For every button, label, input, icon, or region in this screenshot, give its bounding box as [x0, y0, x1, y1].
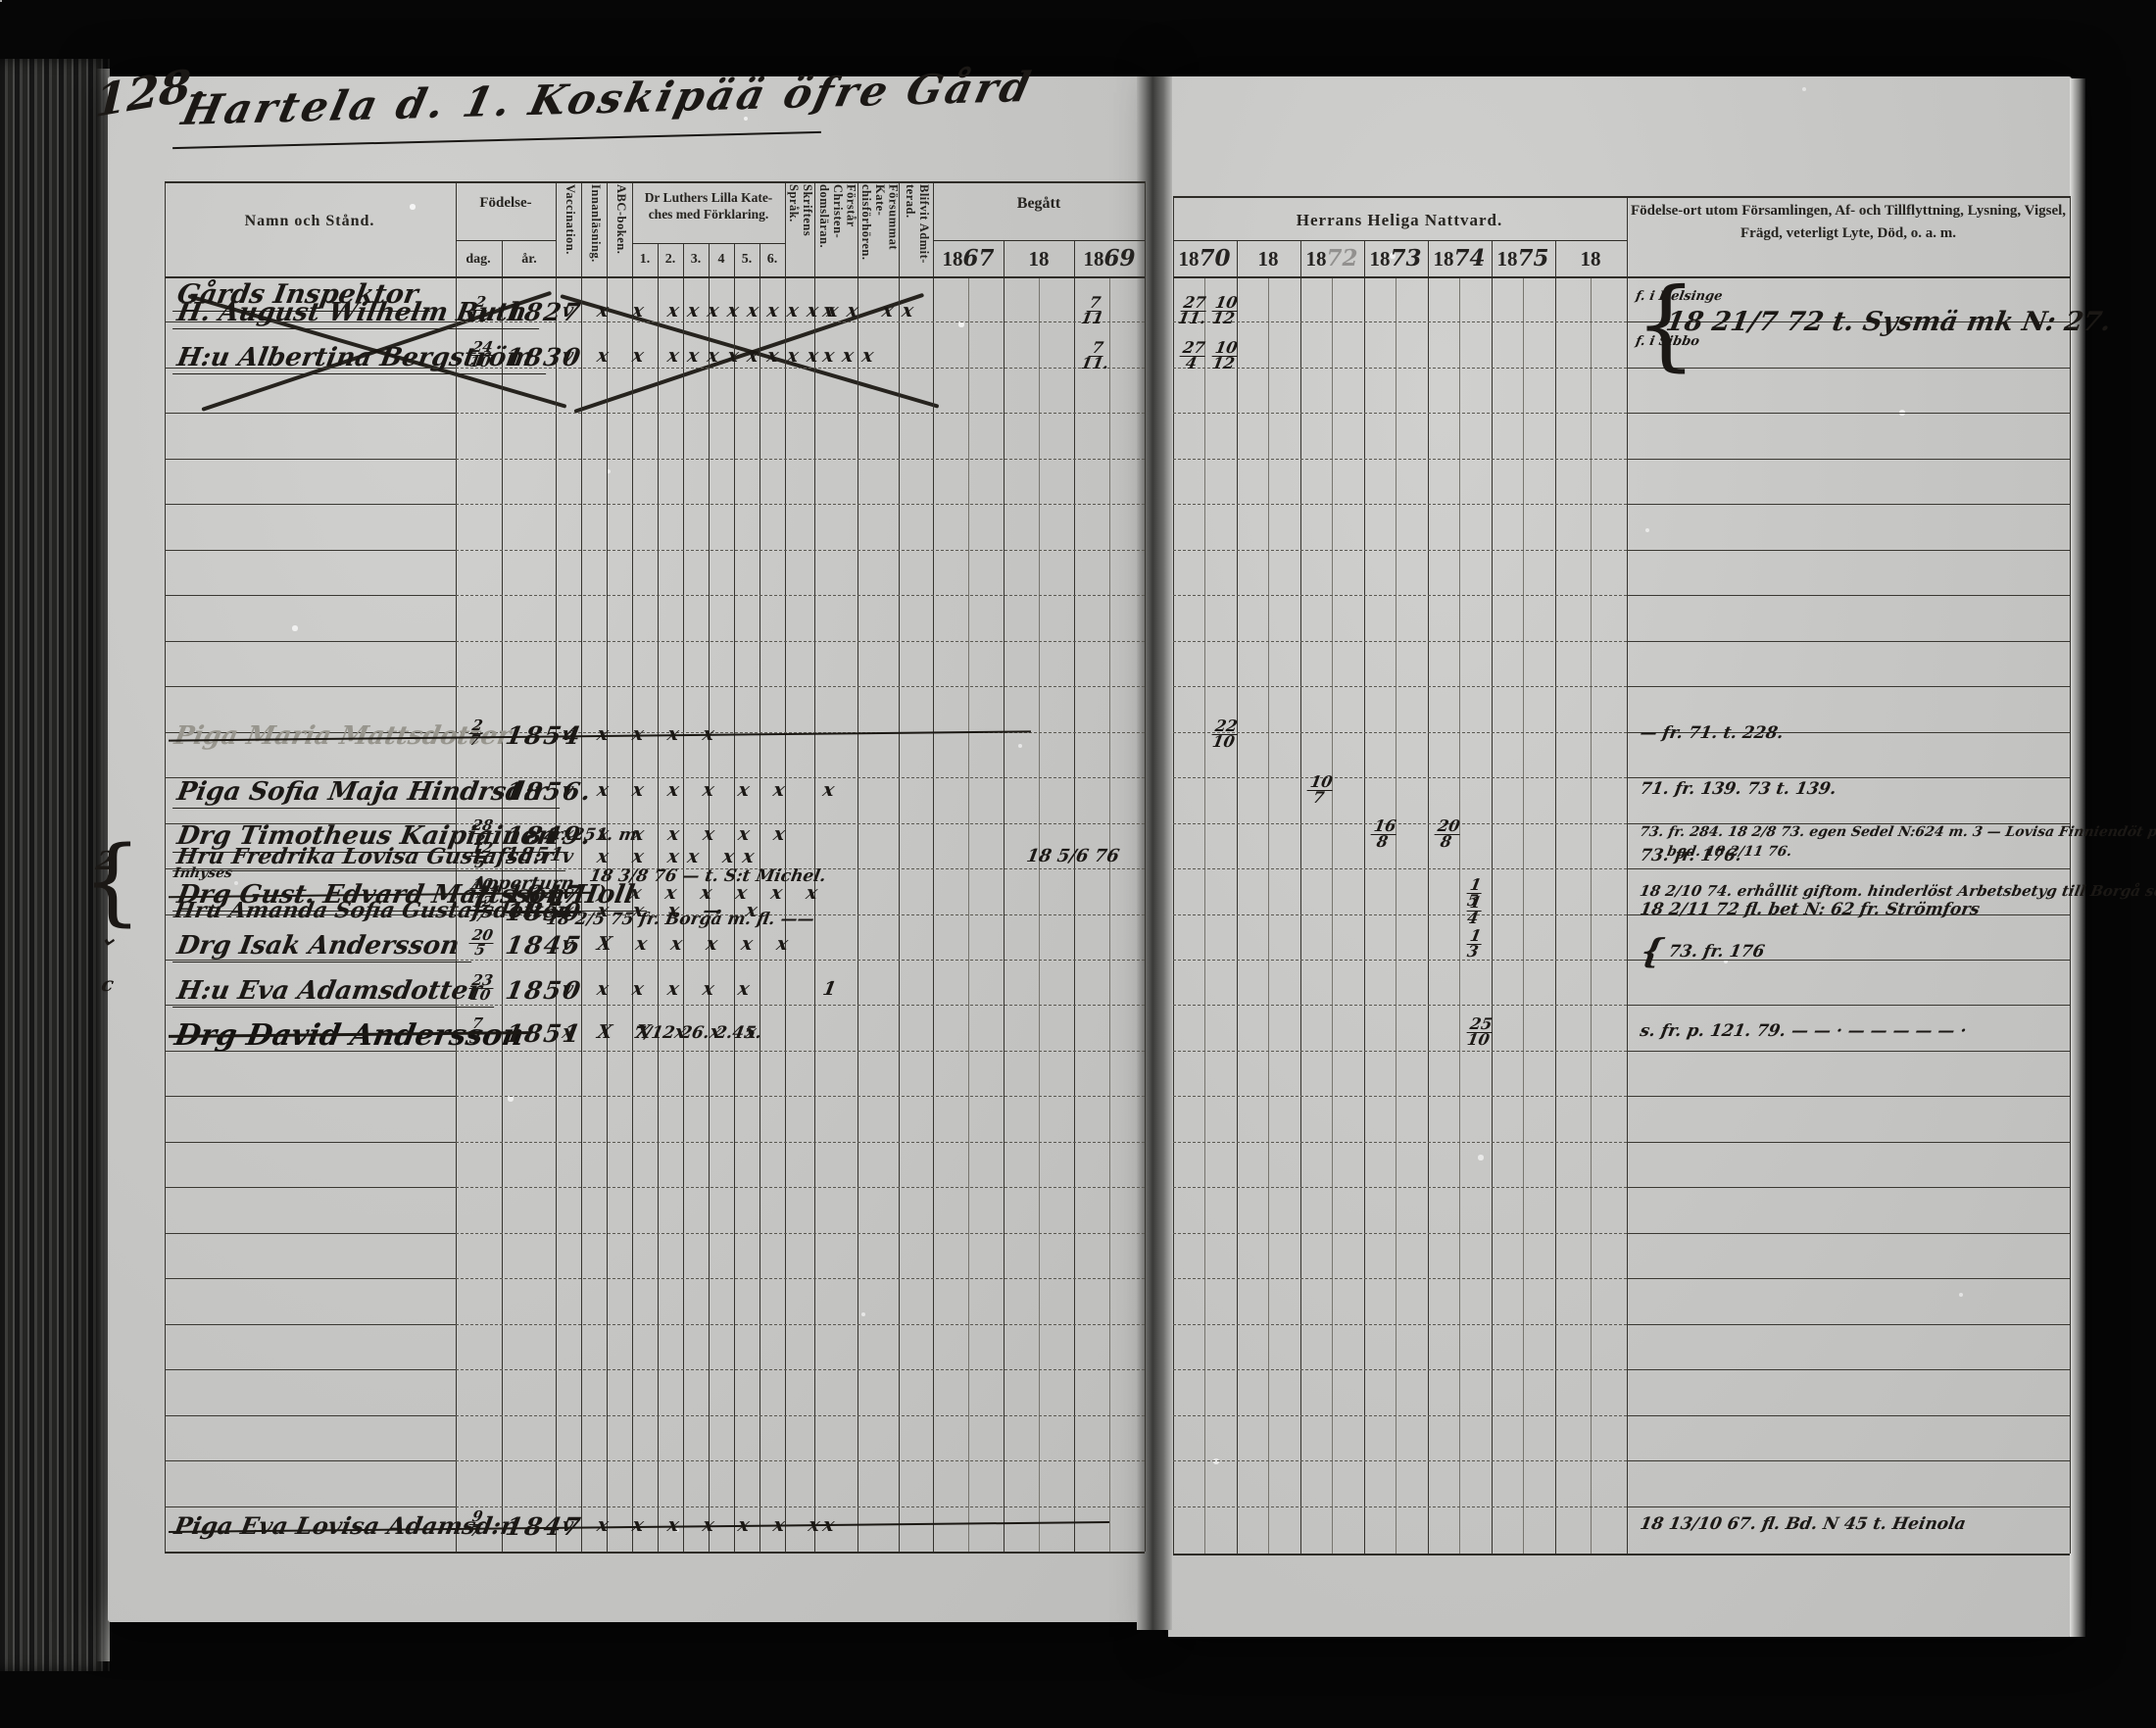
column-header-vaccination: Vaccination.	[563, 184, 576, 274]
grid-vline	[1555, 240, 1556, 1554]
entry-note: — fr. 71. t. 228.	[1639, 725, 1785, 742]
row-rule-dashed	[1173, 504, 1627, 505]
entry-extra-note: fr. 251. m.	[545, 827, 644, 844]
communion-year: 1870	[1178, 245, 1230, 272]
row-rule-dashed	[456, 504, 1145, 505]
row-rule	[1627, 459, 2070, 460]
entry-catechism-marks: v x x xxxxxxxx xx	[561, 347, 884, 366]
communion-table-title: Herrans Heliga Nattvard.	[1297, 210, 1503, 230]
catechism-number: 2.	[665, 251, 676, 269]
row-rule-dashed	[1173, 1369, 1627, 1370]
column-header-notes: Födelse-ort utom Församlingen, Af- och T…	[1628, 200, 2069, 244]
entry-communion-mark: 208	[1432, 819, 1463, 849]
row-rule	[165, 1142, 456, 1143]
entry-name: H:u Eva Adamsdotter	[172, 978, 499, 1008]
row-rule-dashed	[1173, 368, 1627, 369]
row-rule	[1627, 1460, 2070, 1461]
row-rule	[1627, 1233, 2070, 1234]
row-rule	[1627, 1278, 2070, 1279]
entry-note: 73. fr. 176.	[1639, 848, 1742, 864]
row-rule	[165, 1415, 456, 1416]
communed-year: 1869	[1083, 245, 1135, 272]
row-rule-dashed	[1173, 595, 1627, 596]
row-rule-dashed	[456, 1142, 1145, 1143]
row-rule-dashed	[456, 550, 1145, 551]
entry-communion-mark: 274	[1177, 341, 1208, 370]
row-rule-dashed	[1173, 777, 1627, 778]
row-rule	[165, 1233, 456, 1234]
header-bottom-rule	[1173, 276, 2070, 278]
margin-brace: {	[1635, 280, 1697, 369]
entry-communion-mark: 107	[1304, 775, 1336, 805]
loose-script-line: 18 21/7 72 t. Sysmä mk N: 27.	[1664, 309, 2113, 335]
communed-year: 1867	[942, 245, 994, 272]
row-rule	[165, 641, 456, 642]
entry-communion-mark: 1012	[1209, 341, 1241, 370]
row-rule	[1627, 868, 2070, 869]
column-header-name: Namn och Stånd.	[245, 212, 375, 231]
entry-communion-mark: 2210	[1209, 719, 1241, 749]
table-bottom-rule	[165, 1552, 1145, 1554]
entry-name: Inhyses	[172, 866, 233, 880]
entry-birth-day: 2410	[466, 341, 496, 370]
row-rule-dashed	[456, 960, 1145, 961]
row-rule-dashed	[456, 1324, 1145, 1325]
row-rule	[165, 595, 456, 596]
row-rule	[165, 1324, 456, 1325]
catechism-number: 1.	[640, 251, 651, 269]
row-rule-dashed	[456, 1187, 1145, 1188]
row-rule-dashed	[1173, 413, 1627, 414]
column-header-scripture-language: Skriftens Språk.	[786, 184, 813, 274]
entry-wide-mark: 18 5/6 76	[1025, 848, 1120, 865]
column-header-birth: Födelse-	[479, 194, 531, 213]
catechism-number: 4	[718, 251, 725, 269]
row-rule	[1627, 1051, 2070, 1052]
row-rule	[1627, 1005, 2070, 1006]
entry-catechism-marks: v x x x x x x	[561, 781, 795, 800]
column-header-understands-doctrine: Förstår Christen- domsläran.	[816, 184, 857, 274]
entry-note: 18 2/10 74. erhållit giftom. hinderlöst …	[1639, 884, 2156, 899]
row-rule	[1627, 550, 2070, 551]
row-rule-dashed	[456, 595, 1145, 596]
grid-vline	[2070, 196, 2071, 1554]
grid-vline-sub	[1396, 276, 1396, 1554]
row-rule	[1627, 686, 2070, 687]
row-rule	[1627, 1187, 2070, 1188]
catechism-number: 3.	[691, 251, 702, 269]
entry-communion-mark: 2510	[1464, 1017, 1495, 1047]
entry-name: Piga Eva Lovisa Adamsd:r	[172, 1514, 515, 1538]
table-top-rule	[1173, 196, 2070, 198]
grid-vline	[1237, 240, 1238, 1554]
entry-birth-day: 205	[466, 929, 496, 958]
entry-note: { 73. fr. 176	[1639, 935, 1767, 968]
grid-vline	[1004, 240, 1004, 1552]
row-rule-dashed	[456, 1005, 1145, 1006]
row-rule-dashed	[1173, 321, 1627, 322]
communion-year: 18	[1581, 245, 1601, 272]
entry-catechism-marks: v X x x x x x	[561, 935, 798, 954]
row-rule-dashed	[1173, 1278, 1627, 1279]
entry-note: 18 13/10 67. fl. Bd. N 45 t. Heinola	[1639, 1516, 1967, 1533]
entry-birth-day: 2310	[466, 974, 496, 1003]
entry-note: 18 2/11 72 fl. bet N: 62 fr. Strömfors	[1639, 902, 1981, 918]
column-header-birth-year: år.	[521, 251, 536, 269]
grid-vline-sub	[1459, 276, 1460, 1554]
communion-year: 1873	[1369, 245, 1421, 272]
grid-vline-sub	[1523, 276, 1524, 1554]
entry-extra-note: 7/12 26. 2.45.	[632, 1025, 762, 1042]
header-bottom-rule	[165, 276, 1145, 278]
row-rule	[1627, 1324, 2070, 1325]
grid-vline-sub	[1268, 276, 1269, 1554]
row-rule-dashed	[456, 1278, 1145, 1279]
row-rule	[1627, 1506, 2070, 1507]
column-header-reading: Innanläsning.	[588, 184, 602, 274]
catechism-subrule	[632, 243, 785, 244]
grid-vline	[1492, 240, 1493, 1554]
column-header-communed: Begått	[1017, 194, 1060, 214]
row-rule	[1627, 1369, 2070, 1370]
row-rule-dashed	[456, 1233, 1145, 1234]
grid-vline	[857, 181, 858, 1552]
row-rule-dashed	[1173, 914, 1627, 915]
grid-vline	[899, 181, 900, 1552]
row-rule-dashed	[1173, 1324, 1627, 1325]
grid-vline	[165, 181, 166, 1552]
entry-communed-mark: 711.	[1080, 341, 1112, 370]
row-rule-dashed	[456, 1506, 1145, 1507]
row-rule-dashed	[1173, 1096, 1627, 1097]
entry-birth-year: 1851	[504, 846, 566, 864]
birth-subrule	[456, 240, 556, 241]
row-rule-dashed	[1173, 1005, 1627, 1006]
row-rule-dashed	[456, 459, 1145, 460]
row-rule-dashed	[456, 1096, 1145, 1097]
entry-communion-mark: 1012	[1209, 296, 1241, 325]
grid-vline-sub	[1591, 276, 1592, 1554]
row-rule	[1627, 1096, 2070, 1097]
grid-vline-sub	[1332, 276, 1333, 1554]
entry-birth-day: 127	[466, 896, 496, 924]
entry-communion-mark: 168	[1368, 819, 1399, 849]
row-rule-dashed	[1173, 868, 1627, 869]
row-rule-dashed	[1173, 1233, 1627, 1234]
row-rule-dashed	[1173, 686, 1627, 687]
entry-note: 71. fr. 139. 73 t. 139.	[1639, 781, 1837, 798]
row-rule-dashed	[1173, 1415, 1627, 1416]
entry-birth-day: 125	[466, 842, 496, 870]
scanned-register-spread: 128. Hartela d. 1. Koskipää öfre Gård Na…	[0, 0, 2156, 1728]
column-header-birth-day: dag.	[465, 251, 490, 269]
grid-vline	[1173, 196, 1174, 1554]
row-rule-dashed	[456, 686, 1145, 687]
communion-year: 1875	[1496, 245, 1548, 272]
entry-communion-mark: 2711.	[1177, 296, 1209, 325]
row-rule	[165, 1278, 456, 1279]
loose-script-line: 18 3/8 76 — t. S:t Michel.	[588, 868, 827, 885]
grid-vline	[933, 181, 934, 1552]
row-rule	[165, 1187, 456, 1188]
row-rule-dashed	[456, 641, 1145, 642]
communed-year: 18	[1029, 245, 1050, 272]
row-rule-dashed	[1173, 732, 1627, 733]
grid-vline-sub	[1204, 276, 1205, 1554]
column-header-missed-catechism: Försummat Kate- chisförhören.	[858, 184, 899, 274]
column-header-admitted: Blifvit Admit- terad.	[903, 184, 930, 274]
book-gutter	[1137, 76, 1172, 1630]
entry-catechism-marks: v x x x x x	[561, 980, 759, 999]
row-rule-dashed	[456, 413, 1145, 414]
margin-mark: ⌄	[98, 927, 120, 949]
row-rule	[1627, 504, 2070, 505]
row-rule	[165, 550, 456, 551]
row-rule	[165, 504, 456, 505]
catechism-number: 6.	[767, 251, 778, 269]
scan-noise-specks	[0, 0, 2, 2]
row-rule-dashed	[1173, 1460, 1627, 1461]
communion-year: 1874	[1433, 245, 1485, 272]
column-header-abc-book: ABC-boken.	[613, 184, 627, 274]
row-rule	[165, 1460, 456, 1461]
row-rule	[165, 1096, 456, 1097]
row-rule-dashed	[1173, 459, 1627, 460]
row-rule	[1627, 1142, 2070, 1143]
row-rule	[165, 1506, 456, 1507]
grid-vline	[1074, 240, 1075, 1552]
row-rule	[165, 413, 456, 414]
row-rule	[1627, 1415, 2070, 1416]
column-header-catechism: Dr Luthers Lilla Kate- ches med Förklari…	[645, 190, 773, 223]
row-rule	[165, 459, 456, 460]
grid-vline	[1627, 196, 1628, 1554]
row-rule	[1627, 595, 2070, 596]
row-rule-dashed	[1173, 1506, 1627, 1507]
loose-script-line: Apperturn	[470, 875, 575, 893]
communed-subrule	[933, 240, 1145, 241]
loose-script-line: 18 2/5 75 fr. Borgå m. fl. ——	[545, 912, 815, 928]
row-rule-dashed	[1173, 1187, 1627, 1188]
communion-year: 18	[1258, 245, 1279, 272]
row-rule	[1627, 777, 2070, 778]
entry-catechism-marks: v x x xxxxxxxxxx xx	[561, 302, 923, 321]
catechism-number: 5.	[742, 251, 753, 269]
row-rule-dashed	[456, 1369, 1145, 1370]
table-bottom-rule	[1173, 1554, 2070, 1555]
row-rule-dashed	[456, 1415, 1145, 1416]
entry-name: Drg Isak Andersson	[172, 933, 477, 963]
grid-vline	[1145, 181, 1146, 1552]
communion-year: 1872	[1305, 245, 1357, 272]
row-rule-dashed	[1173, 550, 1627, 551]
row-rule-dashed	[1173, 641, 1627, 642]
row-rule-dashed	[1173, 960, 1627, 961]
row-rule-dashed	[1173, 1051, 1627, 1052]
row-rule-dashed	[1173, 1142, 1627, 1143]
row-rule	[165, 1369, 456, 1370]
row-rule	[165, 686, 456, 687]
row-rule	[1627, 641, 2070, 642]
row-rule	[1627, 413, 2070, 414]
entry-note: s. fr. p. 121. 79. — — · — — — — — ·	[1639, 1023, 1968, 1040]
entry-catechism-marks: v x x xx xx	[561, 848, 764, 866]
row-rule-dashed	[1173, 823, 1627, 824]
entry-note: 73. fr. 284. 18 2/8 73. egen Sedel N:624…	[1639, 825, 2156, 839]
table-top-rule	[165, 181, 1145, 183]
row-rule-dashed	[456, 1051, 1145, 1052]
row-rule-dashed	[456, 1460, 1145, 1461]
grid-vline	[1300, 240, 1301, 1554]
years-subrule	[1173, 240, 1627, 241]
grid-vline	[1428, 240, 1429, 1554]
grid-vline	[1364, 240, 1365, 1554]
